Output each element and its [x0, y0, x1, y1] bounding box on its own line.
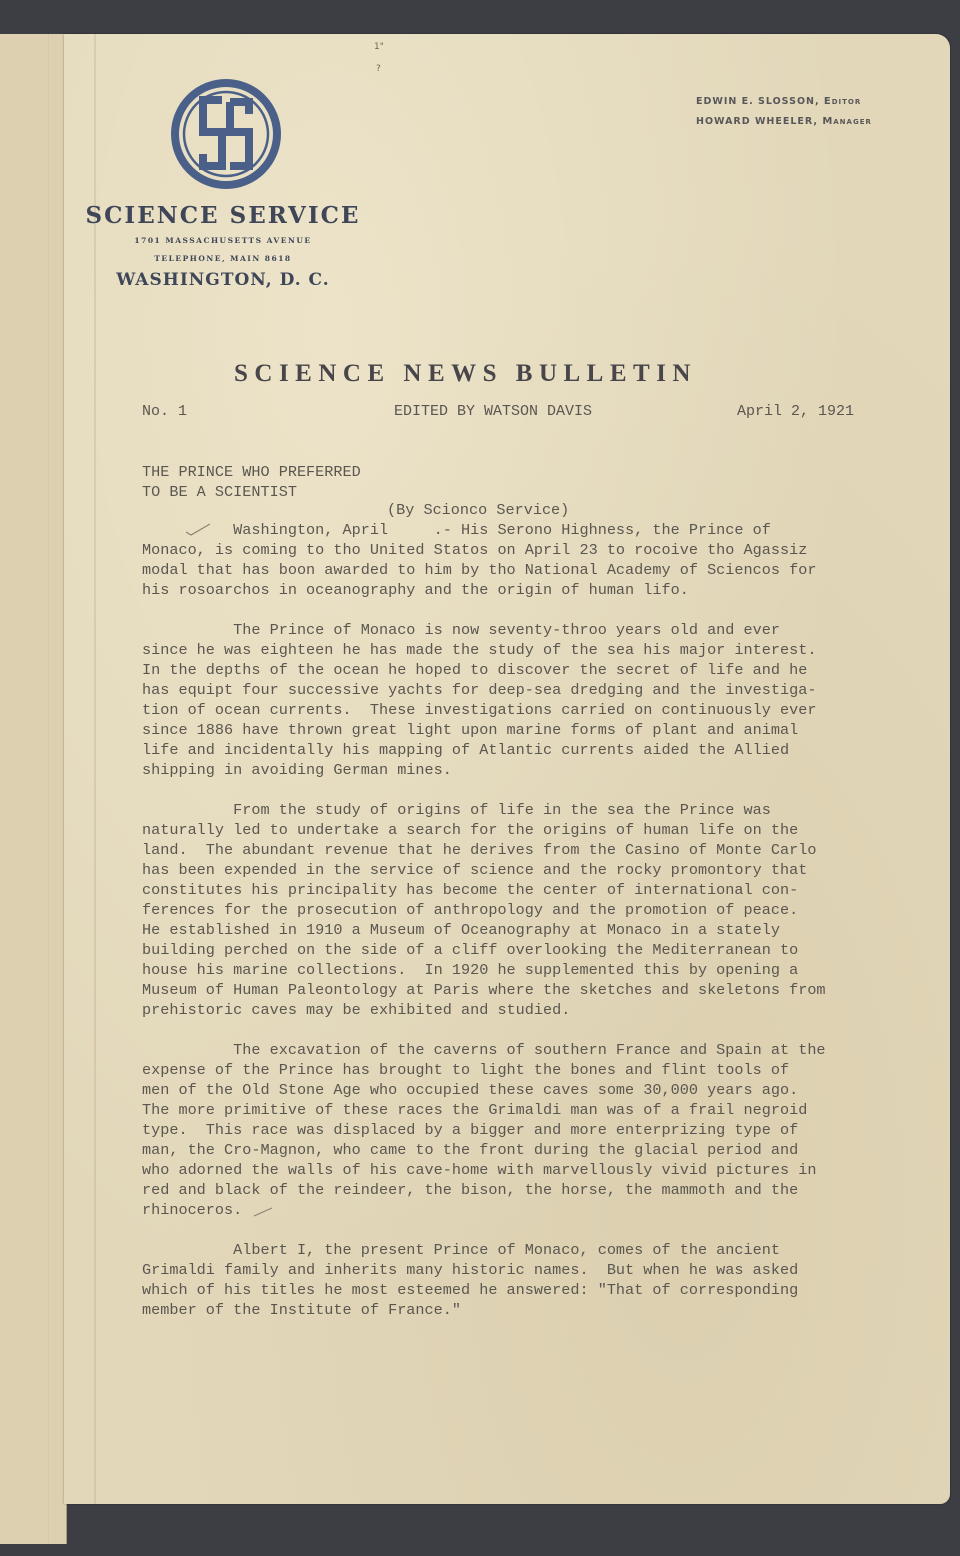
organization-telephone: TELEPHONE, MAIN 8618	[64, 254, 382, 263]
underlying-sheet	[0, 34, 67, 1544]
pencil-mark: ?	[376, 64, 381, 74]
article-headline: THE PRINCE WHO PREFERREDTO BE A SCIENTIS…	[142, 462, 361, 502]
staff-list: EDWIN E. SLOSSON, Editor HOWARD WHEELER,…	[696, 92, 872, 132]
organization-city: WASHINGTON, D. C.	[64, 270, 382, 290]
headline-line: TO BE A SCIENTIST	[142, 482, 361, 502]
article-paragraph: Washington, April .- His Serono Highness…	[142, 520, 816, 600]
pencil-check-icon	[252, 1206, 274, 1218]
bulletin-date: April 2, 1921	[737, 403, 854, 420]
headline-line: THE PRINCE WHO PREFERRED	[142, 462, 361, 482]
article-paragraph: The Prince of Monaco is now seventy-thro…	[142, 620, 816, 780]
pencil-mark: 1"	[374, 42, 384, 52]
staff-name: EDWIN E. SLOSSON,	[696, 96, 820, 107]
article-paragraph: From the study of origins of life in the…	[142, 800, 826, 1020]
staff-name: HOWARD WHEELER,	[696, 116, 818, 127]
staff-editor: EDWIN E. SLOSSON, Editor	[696, 92, 872, 112]
organization-name: SCIENCE SERVICE	[64, 202, 382, 229]
article-byline: (By Scionco Service)	[387, 500, 569, 520]
bulletin-number: No. 1	[142, 403, 187, 420]
document-page: SCIENCE SERVICE 1701 MASSACHUSETTS AVENU…	[64, 34, 950, 1504]
organization-address: 1701 MASSACHUSETTS AVENUE	[64, 236, 382, 245]
paper-crease	[48, 34, 50, 1544]
science-service-logo-icon	[170, 78, 282, 190]
staff-manager: HOWARD WHEELER, Manager	[696, 112, 872, 132]
bulletin-title: SCIENCE NEWS BULLETIN	[234, 360, 697, 388]
staff-role: Editor	[824, 96, 861, 107]
article-paragraph: Albert I, the present Prince of Monaco, …	[142, 1240, 798, 1320]
bulletin-editor: EDITED BY WATSON DAVIS	[394, 403, 592, 420]
staff-role: Manager	[822, 116, 872, 127]
article-paragraph: The excavation of the caverns of souther…	[142, 1040, 826, 1220]
